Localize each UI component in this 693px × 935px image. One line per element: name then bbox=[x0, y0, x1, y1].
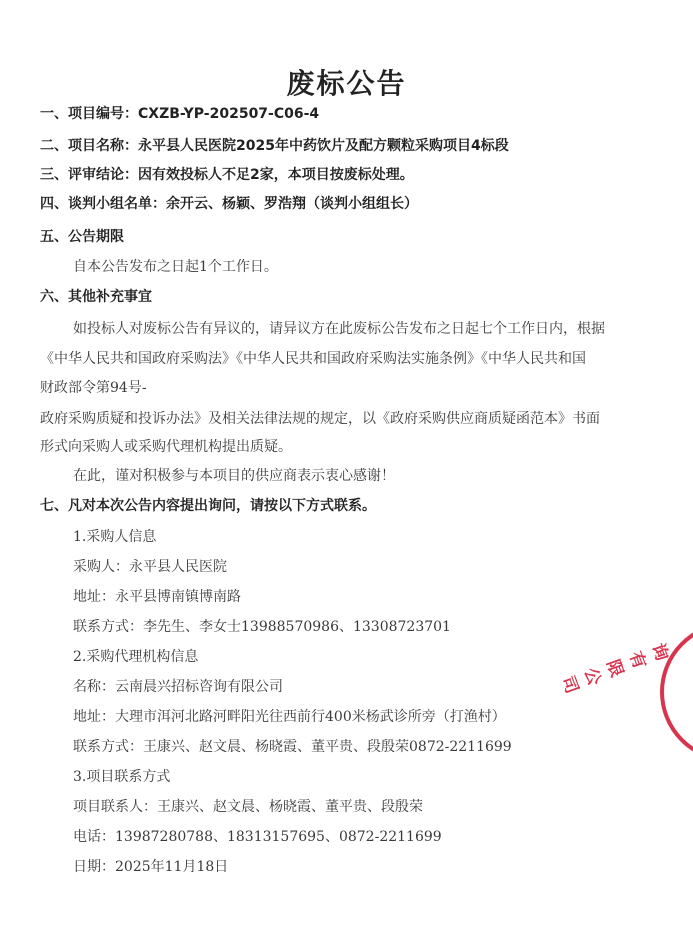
contact-subheading: 2.采购代理机构信息 bbox=[73, 647, 198, 667]
section-contact: 七、凡对本次公告内容提出询问，请按以下方式联系。 bbox=[40, 496, 376, 516]
agency-name: 名称：云南晨兴招标咨询有限公司 bbox=[73, 677, 283, 697]
notice-date: 日期：2025年11月18日 bbox=[73, 857, 228, 877]
project-phones: 电话：13987280788、18313157695、0872-2211699 bbox=[73, 827, 442, 847]
paragraph-line: 形式向采购人或采购代理机构提出质疑。 bbox=[40, 437, 292, 457]
section-notice-period: 五、公告期限 bbox=[40, 227, 124, 247]
project-contacts: 项目联系人：王康兴、赵文晨、杨晓霞、董平贵、段殷荣 bbox=[73, 797, 423, 817]
contact-subheading: 3.项目联系方式 bbox=[73, 767, 170, 787]
seal-text: 询有限公司 bbox=[555, 640, 676, 704]
purchaser-name: 采购人：永平县人民医院 bbox=[73, 557, 227, 577]
page-title: 废标公告 bbox=[0, 62, 693, 102]
section-review-conclusion: 三、评审结论：因有效投标人不足2家，本项目按废标处理。 bbox=[40, 165, 414, 185]
section-other-matters: 六、其他补充事宜 bbox=[40, 287, 152, 307]
agency-contact: 联系方式：王康兴、赵文晨、杨晓霞、董平贵、段殷荣0872-2211699 bbox=[73, 737, 512, 757]
agency-address: 地址：大理市洱河北路河畔阳光往西前行400米杨武诊所旁（打渔村） bbox=[73, 707, 506, 727]
purchaser-address: 地址：永平县博南镇博南路 bbox=[73, 587, 241, 607]
section-project-number: 一、项目编号：CXZB-YP-202507-C06-4 bbox=[40, 104, 319, 124]
section-panel-members: 四、谈判小组名单：余开云、杨颖、罗浩翔（谈判小组组长） bbox=[40, 194, 418, 214]
section-project-name: 二、项目名称：永平县人民医院2025年中药饮片及配方颗粒采购项目4标段 bbox=[40, 136, 509, 156]
notice-period-text: 自本公告发布之日起1个工作日。 bbox=[73, 257, 278, 277]
paragraph-line: 财政部令第94号- bbox=[40, 378, 147, 398]
contact-subheading: 1.采购人信息 bbox=[73, 527, 156, 547]
paragraph-line: 如投标人对废标公告有异议的，请异议方在此废标公告发布之日起七个工作日内，根据 bbox=[73, 319, 605, 339]
thanks-line: 在此，谨对积极参与本项目的供应商表示衷心感谢！ bbox=[73, 466, 395, 486]
purchaser-contact: 联系方式：李先生、李女士13988570986、13308723701 bbox=[73, 617, 451, 637]
paragraph-line: 政府采购质疑和投诉办法》及相关法律法规的规定，以《政府采购供应商质疑函范本》书面 bbox=[40, 409, 600, 429]
paragraph-line: 《中华人民共和国政府采购法》《中华人民共和国政府采购法实施条例》《中华人民共和国 bbox=[40, 349, 586, 369]
